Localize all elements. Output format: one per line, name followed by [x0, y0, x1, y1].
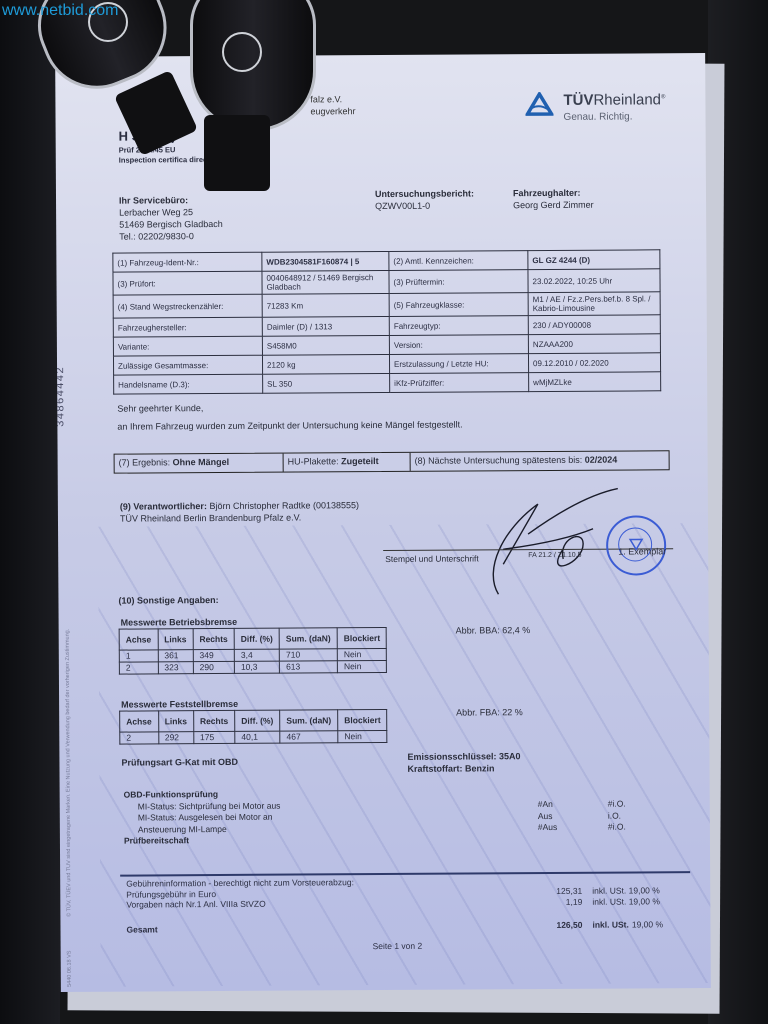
obd-section: OBD-Funktionsprüfung MI-Status: Sichtprü… [124, 789, 281, 847]
fee-amounts: 125,31inkl. USt. 19,00 % 1,19inkl. USt. … [540, 885, 700, 907]
greeting: Sehr geehrter Kunde, [117, 402, 203, 415]
field-label: (3) Prüfort: [113, 271, 262, 295]
field-value: NZAAA200 [528, 334, 660, 354]
vehicle-data-table: (1) Fahrzeug-Ident-Nr.:WDB2304581F160874… [112, 249, 661, 394]
field-value: GL GZ 4244 (D) [528, 250, 660, 270]
field-label: Handelsname (D.3): [114, 374, 263, 394]
fee-labels: Gebühreninformation - berechtigt nicht z… [126, 877, 354, 910]
obd-item-value: #Aus [538, 822, 557, 834]
emissions-info: Emissionsschlüssel: 35A0 Kraftstoffart: … [407, 750, 520, 775]
form-code: 5440 06.18 VS [67, 950, 73, 986]
field-label: (1) Fahrzeug-Ident-Nr.: [113, 252, 262, 272]
tuv-rheinland-logo: TÜVRheinland® Genau. Richtig. [525, 91, 695, 132]
field-label: Zulässige Gesamtmasse: [113, 355, 262, 375]
page-number: Seite 1 von 2 [373, 941, 423, 952]
vehicle-table-row: Handelsname (D.3):SL 350iKfz-Prüfziffer:… [114, 372, 661, 394]
key-blade-right [204, 115, 270, 191]
column-header: Sum. (daN) [280, 710, 338, 731]
field-label: Fahrzeughersteller: [113, 317, 262, 337]
field-value: WDB2304581F160874 | 5 [262, 251, 389, 271]
table-cell: 323 [158, 662, 193, 674]
field-label: Fahrzeugtyp: [389, 316, 528, 336]
table-cell: 10,3 [234, 661, 279, 673]
field-value: 71283 Km [262, 293, 389, 317]
result-ergebnis: (7) Ergebnis: Ohne Mängel [115, 454, 284, 473]
mercedes-star-icon-2 [222, 32, 262, 72]
brand-name: TÜVRheinland® [563, 91, 665, 109]
test-type: Prüfungsart G-Kat mit OBD [121, 756, 238, 769]
field-value: 0040648912 / 51469 Bergisch Gladbach [262, 270, 389, 294]
field-value: 23.02.2022, 10:25 Uhr [528, 269, 660, 293]
column-header: Diff. (%) [235, 710, 280, 731]
obd-item-value: Aus [538, 810, 557, 822]
netbid-watermark: www.netbid.com [2, 2, 119, 20]
copyright-notice: © TÜV, TÜEV und TUV sind eingetragene Ma… [65, 629, 73, 917]
column-header: Sum. (daN) [279, 628, 337, 649]
table-cell: 175 [193, 731, 234, 743]
service-brake-table: AchseLinksRechtsDiff. (%)Sum. (daN)Block… [119, 627, 388, 675]
vehicle-table-row: (3) Prüfort:0040648912 / 51469 Bergisch … [113, 269, 660, 295]
table-cell: 2 [120, 732, 159, 744]
vehicle-owner: Fahrzeughalter: Georg Gerd Zimmer [513, 187, 594, 211]
parking-brake-abbr: Abbr. FBA: 22 % [456, 706, 523, 718]
table-row: 13613493,4710Nein [119, 648, 386, 662]
copy-label: 1. Exemplar [618, 545, 666, 557]
field-label: (3) Prüftermin: [389, 270, 528, 294]
result-plakette: HU-Plakette: Zugeteilt [284, 453, 411, 472]
total-amount: 126,50inkl. USt.19,00 % [540, 919, 700, 930]
other-info-heading: (10) Sonstige Angaben: [118, 594, 218, 607]
car-keys [30, 0, 350, 200]
column-header: Blockiert [337, 627, 387, 648]
column-header: Diff. (%) [234, 628, 279, 649]
service-brake-title: Messwerte Betriebsbremse [121, 616, 238, 629]
field-label: Erstzulassung / Letzte HU: [389, 354, 528, 374]
obd-item-result: #i.O. [608, 799, 626, 811]
vehicle-table-row: (4) Stand Wegstreckenzähler:71283 Km(5) … [113, 292, 660, 318]
field-label: (2) Amtl. Kennzeichen: [389, 251, 528, 271]
table-cell: 290 [193, 661, 234, 673]
field-value: 09.12.2010 / 02.2020 [528, 353, 660, 373]
column-header: Links [158, 629, 193, 650]
obd-results: #i.O.i.O.#i.O. [608, 799, 626, 834]
table-row: 229217540,1467Nein [120, 730, 387, 744]
field-value: M1 / AE / Fz.z.Pers.bef.b. 8 Spl. / Kabr… [528, 292, 660, 316]
table-cell: 1 [119, 650, 158, 662]
table-cell: 710 [279, 649, 337, 661]
obd-item-result: i.O. [608, 810, 626, 822]
table-cell: 292 [158, 732, 193, 744]
form-reference: FA 21.2 / Z1.10.5 [528, 550, 581, 562]
field-label: (5) Fahrzeugklasse: [389, 293, 528, 317]
field-value: SL 350 [263, 373, 390, 393]
parking-brake-table: AchseLinksRechtsDiff. (%)Sum. (daN)Block… [119, 709, 388, 745]
field-value: wMjMZLke [529, 372, 661, 392]
table-cell: Nein [338, 730, 387, 742]
table-cell: 613 [280, 661, 338, 673]
field-label: Version: [389, 335, 528, 355]
brand-slogan: Genau. Richtig. [563, 111, 632, 122]
obd-item-result: #i.O. [608, 822, 626, 834]
table-row: 232329010,3613Nein [119, 660, 386, 674]
field-label: iKfz-Prüfziffer: [390, 373, 529, 393]
parking-brake-title: Messwerte Feststellbremse [121, 698, 238, 711]
table-cell: Nein [337, 660, 386, 672]
key-blade-left [114, 70, 198, 156]
service-office: Ihr Servicebüro: Lerbacher Weg 25 51469 … [119, 194, 223, 243]
service-brake-abbr: Abbr. BBA: 62,4 % [456, 624, 531, 636]
report-number: Untersuchungsbericht: QZWV00L1-0 [375, 187, 474, 212]
column-header: Achse [119, 629, 158, 650]
obd-values: #AnAus#Aus [538, 799, 558, 834]
field-value: Daimler (D) / 1313 [262, 316, 389, 336]
total-label: Gesamt [126, 924, 157, 935]
column-header: Rechts [193, 710, 234, 731]
signature [443, 469, 624, 600]
obd-item-value: #An [538, 799, 557, 811]
result-next-inspection: (8) Nächste Untersuchung spätestens bis:… [411, 451, 669, 471]
column-header: Blockiert [338, 709, 388, 730]
tuv-triangle-icon [525, 92, 553, 116]
obd-item-label: Ansteuerung MI-Lampe [138, 823, 281, 835]
table-cell: Nein [337, 648, 386, 660]
obd-item-label: MI-Status: Ausgelesen bei Motor an [138, 812, 281, 824]
field-value: 2120 kg [262, 354, 389, 374]
table-cell: 467 [280, 731, 338, 743]
column-header: Achse [120, 711, 159, 732]
table-cell: 40,1 [235, 731, 280, 743]
responsible-person: (9) Verantwortlicher: Björn Christopher … [120, 499, 359, 524]
table-cell: 361 [158, 650, 193, 662]
result-statement: an Ihrem Fahrzeug wurden zum Zeitpunkt d… [117, 419, 462, 433]
field-label: Variante: [113, 336, 262, 356]
table-cell: 3,4 [234, 649, 279, 661]
table-cell: 349 [193, 649, 234, 661]
column-header: Links [158, 711, 193, 732]
serial-number: 34864442 [55, 366, 67, 427]
column-header: Rechts [193, 628, 234, 649]
field-value: S458M0 [262, 335, 389, 355]
field-label: (4) Stand Wegstreckenzähler: [113, 294, 262, 318]
stamp-signature-label: Stempel und Unterschrift [385, 552, 479, 565]
obd-item-label: MI-Status: Sichtprüfung bei Motor aus [138, 800, 281, 812]
field-value: 230 / ADY00008 [528, 315, 660, 335]
table-cell: 2 [119, 662, 158, 674]
